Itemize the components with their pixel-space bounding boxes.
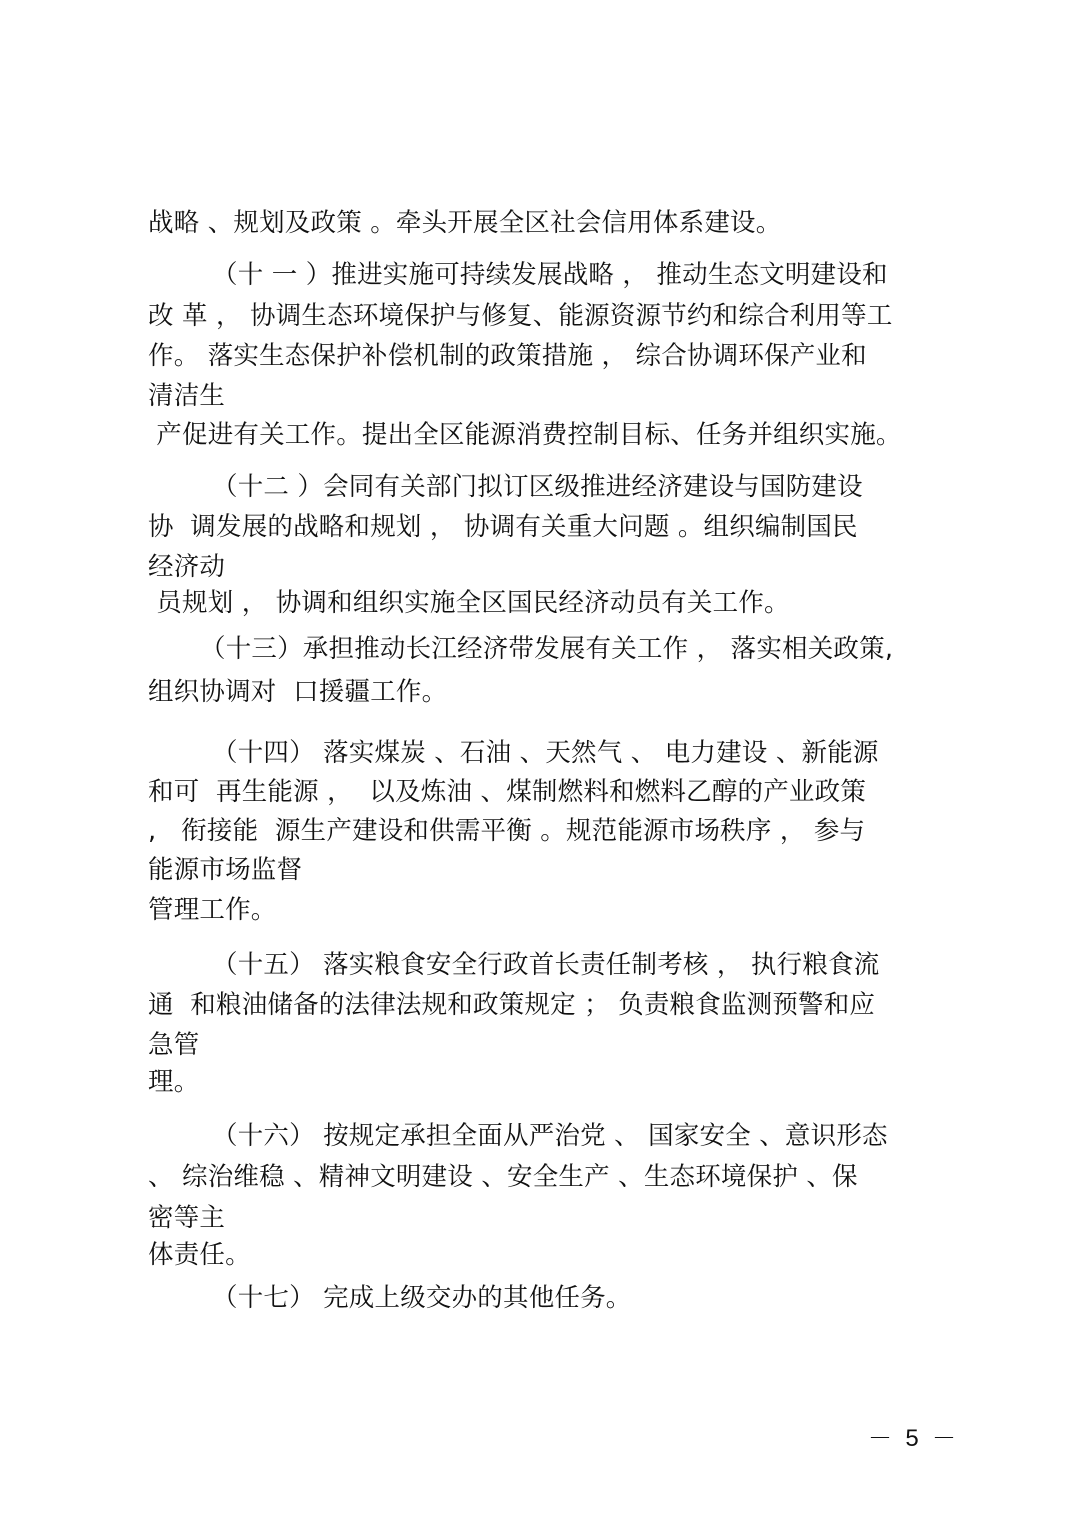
document-page: 战略 、规划及政策 。牵头开展全区社会信用体系建设。（十 一 ）推进实施可持续发… <box>0 0 1074 1520</box>
text-line: （十 一 ）推进实施可持续发展战略 ， 推动生态文明建设和 <box>212 260 888 290</box>
text-line: 密等主 <box>148 1203 225 1233</box>
text-line: 经济动 <box>148 552 225 582</box>
text-line: （十三）承担推动长江经济带发展有关工作 ， 落实相关政策, <box>200 634 893 664</box>
text-line: 协 调发展的战略和规划 ， 协调有关重大问题 。组织编制国民 <box>148 512 858 542</box>
text-line: 理。 <box>148 1067 199 1097</box>
text-line: 体责任。 <box>148 1240 251 1270</box>
text-line: 作。 落实生态保护补偿机制的政策措施 ， 综合协调环保产业和 <box>148 341 867 371</box>
text-line: 组织协调对 口援疆工作。 <box>148 677 447 707</box>
text-line: 能源市场监督 <box>148 855 302 885</box>
text-line: 员规划 ， 协调和组织实施全区国民经济动员有关工作。 <box>148 588 790 618</box>
text-line: 战略 、规划及政策 。牵头开展全区社会信用体系建设。 <box>148 208 781 238</box>
text-line: （十五） 落实粮食安全行政首长责任制考核 ， 执行粮食流 <box>212 950 879 980</box>
text-line: 和可 再生能源 ， 以及炼油 、煤制燃料和燃料乙醇的产业政策 <box>148 777 866 807</box>
text-line: 产促进有关工作。提出全区能源消费控制目标、任务并组织实施。 <box>148 420 902 450</box>
text-line: （十二 ）会同有关部门拟订区级推进经济建设与国防建设 <box>212 472 863 502</box>
text-line: 改 革 ， 协调生态环境保护与修复、能源资源节约和综合利用等工 <box>148 301 893 331</box>
text-line: 清洁生 <box>148 381 225 411</box>
text-line: 、 综治维稳 、精神文明建设 、安全生产 、生态环境保护 、保 <box>148 1162 858 1192</box>
text-line: （十六） 按规定承担全面从严治党 、 国家安全 、意识形态 <box>212 1121 888 1151</box>
text-line: , 衔接能 源生产建设和供需平衡 。规范能源市场秩序 ， 参与 <box>148 816 865 846</box>
text-line: 通 和粮油储备的法律法规和政策规定 ； 负责粮食监测预警和应 <box>148 990 875 1020</box>
text-line: 管理工作。 <box>148 895 277 925</box>
page-number: － 5 － <box>868 1424 956 1454</box>
text-line: 急管 <box>148 1030 199 1060</box>
text-line: （十四） 落实煤炭 、石油 、天然气 、 电力建设 、新能源 <box>212 738 879 768</box>
text-line: （十七） 完成上级交办的其他任务。 <box>212 1283 632 1313</box>
